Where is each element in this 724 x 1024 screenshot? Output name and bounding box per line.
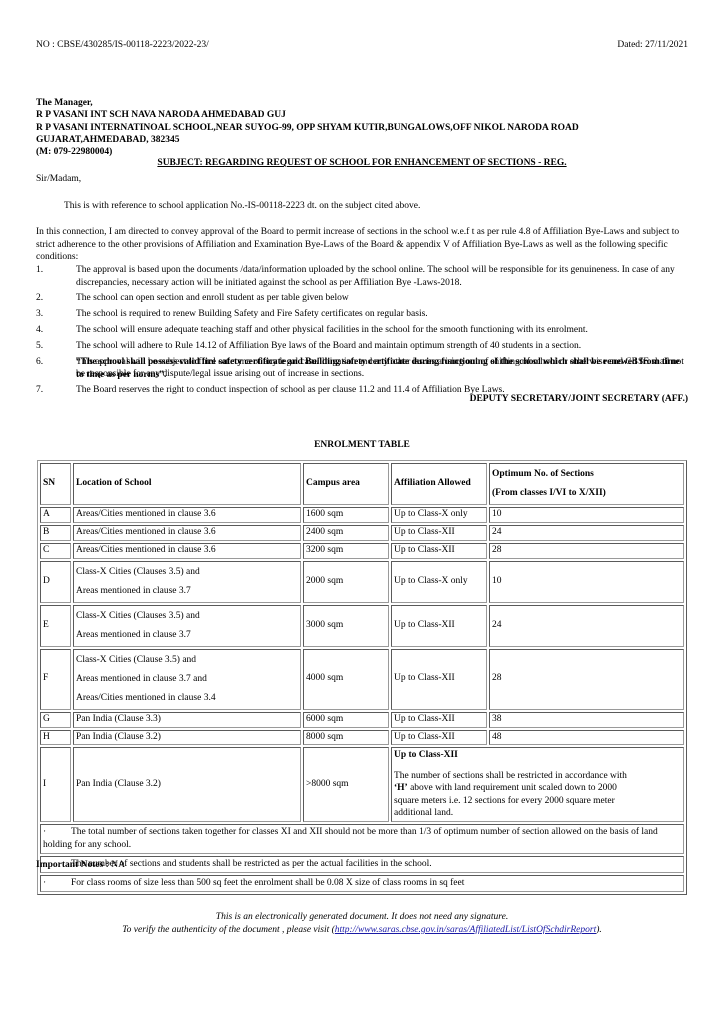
cell-location: Pan India (Clause 3.3) (73, 712, 301, 728)
important-notes-label: Important Notes : (36, 860, 111, 870)
table-note: ·For class rooms of size less than 500 s… (40, 875, 684, 892)
location-line: Class-X Cities (Clauses 3.5) and (76, 563, 298, 582)
cell-sn: F (40, 649, 71, 710)
cell-sn: I (40, 747, 71, 822)
location-line: Areas mentioned in clause 3.7 (76, 582, 298, 601)
condition-number: 3. (36, 308, 76, 321)
location-line: Areas/Cities mentioned in clause 3.4 (76, 689, 298, 708)
header-location: Location of School (73, 463, 301, 505)
location-line: Areas/Cities mentioned in clause 3.6 (76, 509, 298, 521)
cell-sections: 10 (489, 561, 684, 603)
cell-location: Class-X Cities (Clauses 3.5) andAreas me… (73, 605, 301, 647)
location-line: Areas mentioned in clause 3.7 (76, 626, 298, 645)
cell-sn: E (40, 605, 71, 647)
cell-campus-area: 2400 sqm (303, 525, 389, 541)
cell-sections: 24 (489, 525, 684, 541)
footer-disclaimer: This is an electronically generated docu… (0, 911, 724, 924)
table-row: HPan India (Clause 3.2)8000 sqmUp to Cla… (40, 730, 684, 746)
table-note: ·The total number of sections taken toge… (40, 824, 684, 854)
address-line-1: The Manager, (36, 97, 579, 109)
cell-campus-area: 1600 sqm (303, 507, 389, 523)
location-line: Class-X Cities (Clauses 3.5) and (76, 607, 298, 626)
location-line: Pan India (Clause 3.3) (76, 714, 298, 726)
cell-affiliation: Up to Class-XII (391, 712, 487, 728)
reference-paragraph: This is with reference to school applica… (64, 201, 420, 213)
cell-sections: 38 (489, 712, 684, 728)
location-line: Areas/Cities mentioned in clause 3.6 (76, 527, 298, 539)
cell-sn: A (40, 507, 71, 523)
table-body: AAreas/Cities mentioned in clause 3.6160… (40, 507, 684, 892)
important-notes-value: NA (111, 860, 125, 870)
cell-affiliation: Up to Class-XII (391, 543, 487, 559)
condition-item: 3. The school is required to renew Build… (36, 308, 688, 321)
table-row: BAreas/Cities mentioned in clause 3.6240… (40, 525, 684, 541)
cell-campus-area: 8000 sqm (303, 730, 389, 746)
cell-location: Areas/Cities mentioned in clause 3.6 (73, 543, 301, 559)
cell-location: Pan India (Clause 3.2) (73, 747, 301, 822)
cell-sn: H (40, 730, 71, 746)
enrolment-table: SN Location of School Campus area Affili… (37, 460, 687, 895)
cell-affiliation: Up to Class-XII (391, 525, 487, 541)
cell-sn: B (40, 525, 71, 541)
condition-text: The school will ensure adequate teaching… (76, 324, 688, 337)
address-line-2: R P VASANI INT SCH NAVA NARODA AHMEDABAD… (36, 109, 579, 121)
enrolment-table-title: ENROLMENT TABLE (0, 440, 724, 452)
condition-number: 2. (36, 292, 76, 305)
important-notes: Important Notes : NA (36, 860, 125, 872)
cell-location: Areas/Cities mentioned in clause 3.6 (73, 525, 301, 541)
cell-affiliation: Up to Class-X only (391, 561, 487, 603)
letter-date: Dated: 27/11/2021 (617, 40, 688, 52)
cell-campus-area: 4000 sqm (303, 649, 389, 710)
header-sections: Optimum No. of Sections (From classes I/… (489, 463, 684, 505)
table-row: GPan India (Clause 3.3)6000 sqmUp to Cla… (40, 712, 684, 728)
cell-affiliation: Up to Class-XII (391, 605, 487, 647)
reference-number: NO : CBSE/430285/IS-00118-2223/2022-23/ (36, 40, 209, 52)
cell-location: Class-X Cities (Clause 3.5) andAreas men… (73, 649, 301, 710)
address-line-4: GUJARAT,AHMEDABAD, 382345 (36, 134, 579, 146)
header-affiliation: Affiliation Allowed (391, 463, 487, 505)
condition-number: 1. (36, 264, 76, 289)
footer-verify: To verify the authenticity of the docume… (0, 924, 724, 937)
fire-safety-note: “The school shall possess valid fire saf… (76, 356, 688, 381)
cell-sn: D (40, 561, 71, 603)
address-phone: (M: 079-22980004) (36, 146, 579, 158)
cell-sections: 28 (489, 543, 684, 559)
cell-sections: 10 (489, 507, 684, 523)
header-campus-area: Campus area (303, 463, 389, 505)
cell-location: Areas/Cities mentioned in clause 3.6 (73, 507, 301, 523)
approval-paragraph: In this connection, I am directed to con… (36, 226, 688, 264)
location-line: Class-X Cities (Clause 3.5) and (76, 651, 298, 670)
table-row: CAreas/Cities mentioned in clause 3.6320… (40, 543, 684, 559)
cell-campus-area: 2000 sqm (303, 561, 389, 603)
cell-affiliation-note: Up to Class-XII The number of sections s… (391, 747, 684, 822)
condition-text: The school can open section and enroll s… (76, 292, 688, 305)
table-note-row: ·The number of sections and students sha… (40, 856, 684, 873)
recipient-address: The Manager, R P VASANI INT SCH NAVA NAR… (36, 97, 579, 158)
cell-campus-area: 6000 sqm (303, 712, 389, 728)
bullet: · (43, 877, 71, 890)
sections-restriction-note: The number of sections shall be restrict… (394, 770, 681, 820)
table-row: DClass-X Cities (Clauses 3.5) andAreas m… (40, 561, 684, 603)
header-sections-line-1: Optimum No. of Sections (492, 465, 681, 484)
condition-item: 2. The school can open section and enrol… (36, 292, 688, 305)
footer: This is an electronically generated docu… (0, 911, 724, 937)
cell-affiliation: Up to Class-X only (391, 507, 487, 523)
condition-text: The approval is based upon the documents… (76, 264, 688, 289)
cell-sn: G (40, 712, 71, 728)
cell-campus-area: 3000 sqm (303, 605, 389, 647)
condition-item: 5. The school will adhere to Rule 14.12 … (36, 340, 688, 353)
condition-text: The school will adhere to Rule 14.12 of … (76, 340, 688, 353)
cell-affiliation: Up to Class-XII (391, 649, 487, 710)
table-note-row: ·The total number of sections taken toge… (40, 824, 684, 854)
cell-campus-area: 3200 sqm (303, 543, 389, 559)
cell-campus-area: >8000 sqm (303, 747, 389, 822)
location-line: Areas/Cities mentioned in clause 3.6 (76, 545, 298, 557)
table-row: EClass-X Cities (Clauses 3.5) andAreas m… (40, 605, 684, 647)
table-note: ·The number of sections and students sha… (40, 856, 684, 873)
header-sections-line-2: (From classes I/VI to X/XII) (492, 484, 681, 503)
address-line-3: R P VASANI INTERNATINOAL SCHOOL,NEAR SUY… (36, 122, 579, 134)
condition-number: 7. (36, 384, 76, 397)
table-row: AAreas/Cities mentioned in clause 3.6160… (40, 507, 684, 523)
table-row: I Pan India (Clause 3.2) >8000 sqm Up to… (40, 747, 684, 822)
cell-sn: C (40, 543, 71, 559)
cell-location: Class-X Cities (Clauses 3.5) andAreas me… (73, 561, 301, 603)
bullet: · (43, 826, 71, 839)
condition-number: 4. (36, 324, 76, 337)
condition-number: 5. (36, 340, 76, 353)
verification-link[interactable]: http://www.saras.cbse.gov.in/saras/Affil… (335, 925, 596, 935)
location-line: Pan India (Clause 3.2) (76, 732, 298, 744)
cell-sections: 28 (489, 649, 684, 710)
condition-text: The school is required to renew Building… (76, 308, 688, 321)
condition-number: 6. (36, 356, 76, 381)
location-line: Areas mentioned in clause 3.7 and (76, 670, 298, 689)
salutation: Sir/Madam, (36, 174, 81, 186)
subject-line: SUBJECT: REGARDING REQUEST OF SCHOOL FOR… (0, 158, 724, 170)
table-header-row: SN Location of School Campus area Affili… (40, 463, 684, 505)
table-note-row: ·For class rooms of size less than 500 s… (40, 875, 684, 892)
condition-item: 4. The school will ensure adequate teach… (36, 324, 688, 337)
header-sn: SN (40, 463, 71, 505)
cell-sections: 48 (489, 730, 684, 746)
cell-affiliation: Up to Class-XII (391, 730, 487, 746)
affiliation-allowed: Up to Class-XII (394, 749, 681, 762)
condition-item: 1. The approval is based upon the docume… (36, 264, 688, 289)
signatory: DEPUTY SECRETARY/JOINT SECRETARY (AFF.) (470, 394, 688, 406)
cell-sections: 24 (489, 605, 684, 647)
table-row: FClass-X Cities (Clause 3.5) andAreas me… (40, 649, 684, 710)
cell-location: Pan India (Clause 3.2) (73, 730, 301, 746)
